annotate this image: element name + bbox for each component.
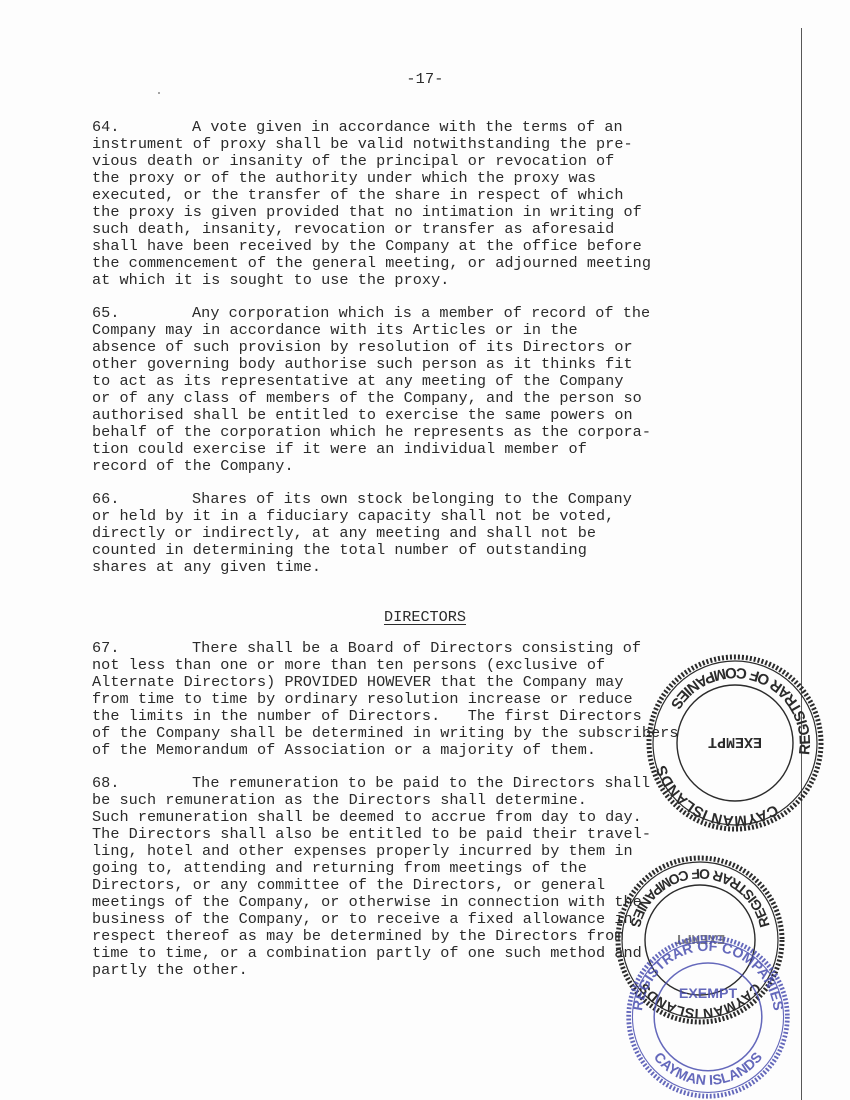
article-67: 67.There shall be a Board of Directors c… (92, 640, 732, 759)
text-line: shares at any given time. (92, 559, 732, 576)
text-line: respect thereof as may be determined by … (92, 928, 732, 945)
text-line: of the Memorandum of Association or a ma… (92, 742, 732, 759)
text-line: Alternate Directors) PROVIDED HOWEVER th… (92, 674, 732, 691)
text-line: time to time, or a combination partly of… (92, 945, 732, 962)
text-line: not less than one or more than ten perso… (92, 657, 732, 674)
text-line: the proxy or of the authority under whic… (92, 170, 732, 187)
text-line: behalf of the corporation which he repre… (92, 424, 732, 441)
text-line: counted in determining the total number … (92, 542, 732, 559)
text-line: ling, hotel and other expenses properly … (92, 843, 732, 860)
text-line: going to, attending and returning from m… (92, 860, 732, 877)
svg-text:CAYMAN ISLANDS: CAYMAN ISLANDS (650, 1050, 766, 1089)
text-line: The Directors shall also be entitled to … (92, 826, 732, 843)
text-line: authorised shall be entitled to exercise… (92, 407, 732, 424)
text-line: of the Company shall be determined in wr… (92, 725, 732, 742)
text-line: vious death or insanity of the principal… (92, 153, 732, 170)
text-line: such death, insanity, revocation or tran… (92, 221, 732, 238)
text-line: tion could exercise if it were an indivi… (92, 441, 732, 458)
margin-rule-line (801, 28, 802, 1100)
svg-text:EXEMPT: EXEMPT (679, 986, 738, 1002)
section-heading-directors: DIRECTORS (0, 608, 850, 626)
text-line: 67.There shall be a Board of Directors c… (92, 640, 732, 657)
article-68: 68.The remuneration to be paid to the Di… (92, 775, 732, 979)
text-line: or held by it in a fiduciary capacity sh… (92, 508, 732, 525)
article-number: 67. (92, 640, 192, 657)
text-line: the commencement of the general meeting,… (92, 255, 732, 272)
article-65: 65.Any corporation which is a member of … (92, 305, 732, 475)
text-line: instrument of proxy shall be valid notwi… (92, 136, 732, 153)
text-line: be such remuneration as the Directors sh… (92, 792, 732, 809)
text-line: meetings of the Company, or otherwise in… (92, 894, 732, 911)
article-number: 65. (92, 305, 192, 322)
text-line: Company may in accordance with its Artic… (92, 322, 732, 339)
svg-text:CAYMAN ISLANDS: CAYMAN ISLANDS (636, 980, 765, 1022)
text-line: other governing body authorise such pers… (92, 356, 732, 373)
text-line: shall have been received by the Company … (92, 238, 732, 255)
text-line: Such remuneration shall be deemed to acc… (92, 809, 732, 826)
text-line: absence of such provision by resolution … (92, 339, 732, 356)
text-line: directly or indirectly, at any meeting a… (92, 525, 732, 542)
text-line: business of the Company, or to receive a… (92, 911, 732, 928)
article-66: 66.Shares of its own stock belonging to … (92, 491, 732, 576)
text-line: the limits in the number of Directors. T… (92, 708, 732, 725)
text-line: partly the other. (92, 962, 732, 979)
text-line: from time to time by ordinary resolution… (92, 691, 732, 708)
text-line: at which it is sought to use the proxy. (92, 272, 732, 289)
scan-speck (158, 92, 160, 94)
text-line: to act as its representative at any meet… (92, 373, 732, 390)
text-line: or of any class of members of the Compan… (92, 390, 732, 407)
document-page: -17- 64.A vote given in accordance with … (0, 0, 850, 1100)
text-line: the proxy is given provided that no inti… (92, 204, 732, 221)
text-line: 64.A vote given in accordance with the t… (92, 119, 732, 136)
text-line: 65.Any corporation which is a member of … (92, 305, 732, 322)
text-line: 68.The remuneration to be paid to the Di… (92, 775, 732, 792)
text-line: Directors, or any committee of the Direc… (92, 877, 732, 894)
article-number: 68. (92, 775, 192, 792)
article-64: 64.A vote given in accordance with the t… (92, 119, 732, 289)
text-line: record of the Company. (92, 458, 732, 475)
text-line: 66.Shares of its own stock belonging to … (92, 491, 732, 508)
page-number: -17- (0, 70, 850, 88)
text-line: executed, or the transfer of the share i… (92, 187, 732, 204)
article-number: 66. (92, 491, 192, 508)
article-number: 64. (92, 119, 192, 136)
